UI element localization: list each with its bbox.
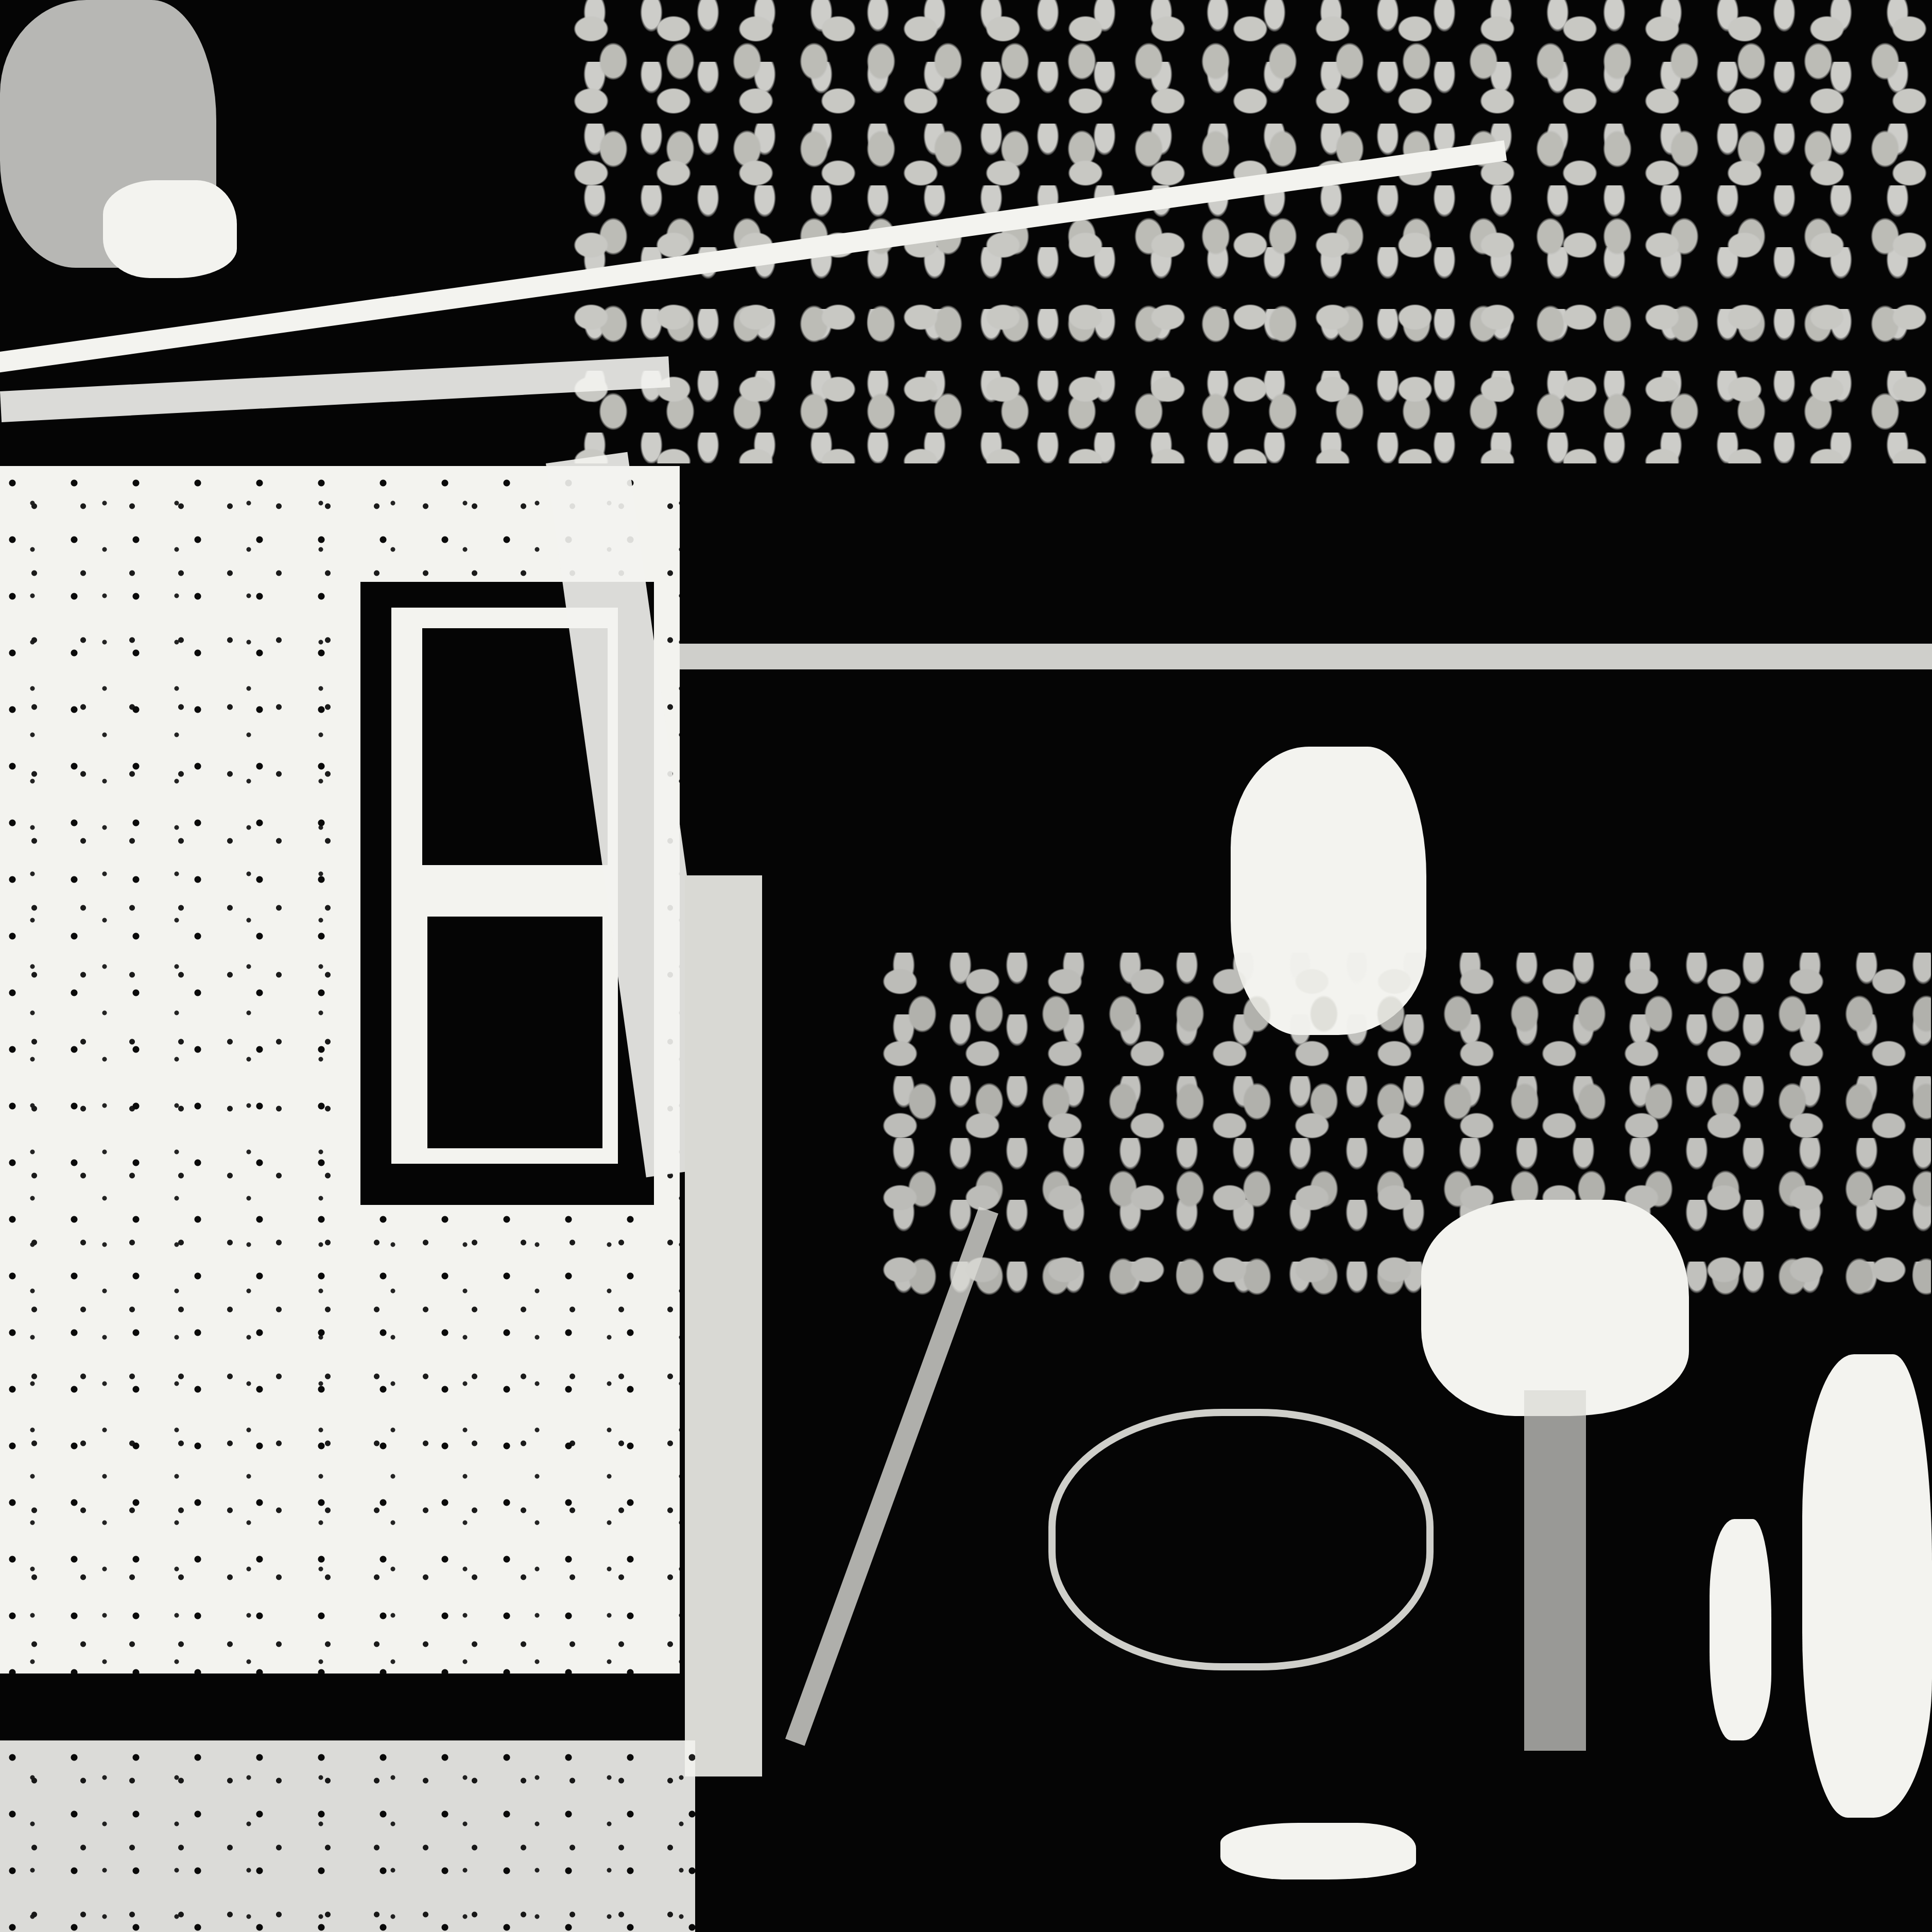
cloth-drape <box>1524 1390 1586 1751</box>
porch-beam <box>639 644 1932 669</box>
porch-interior <box>1056 1416 1426 1663</box>
ground-strip <box>0 1674 680 1735</box>
door-post <box>685 875 762 1776</box>
ground <box>0 1740 695 1932</box>
window-pane-bottom <box>427 917 602 1148</box>
foliage-mid <box>875 953 1931 1313</box>
foliage-highlight <box>103 180 237 278</box>
photograph <box>0 0 1932 1932</box>
right-light-patch <box>1802 1354 1932 1818</box>
ground-light-patch <box>1220 1823 1416 1879</box>
right-light-patch-2 <box>1710 1519 1771 1740</box>
foliage-canopy <box>566 0 1932 463</box>
light-cloth <box>1421 1200 1689 1416</box>
